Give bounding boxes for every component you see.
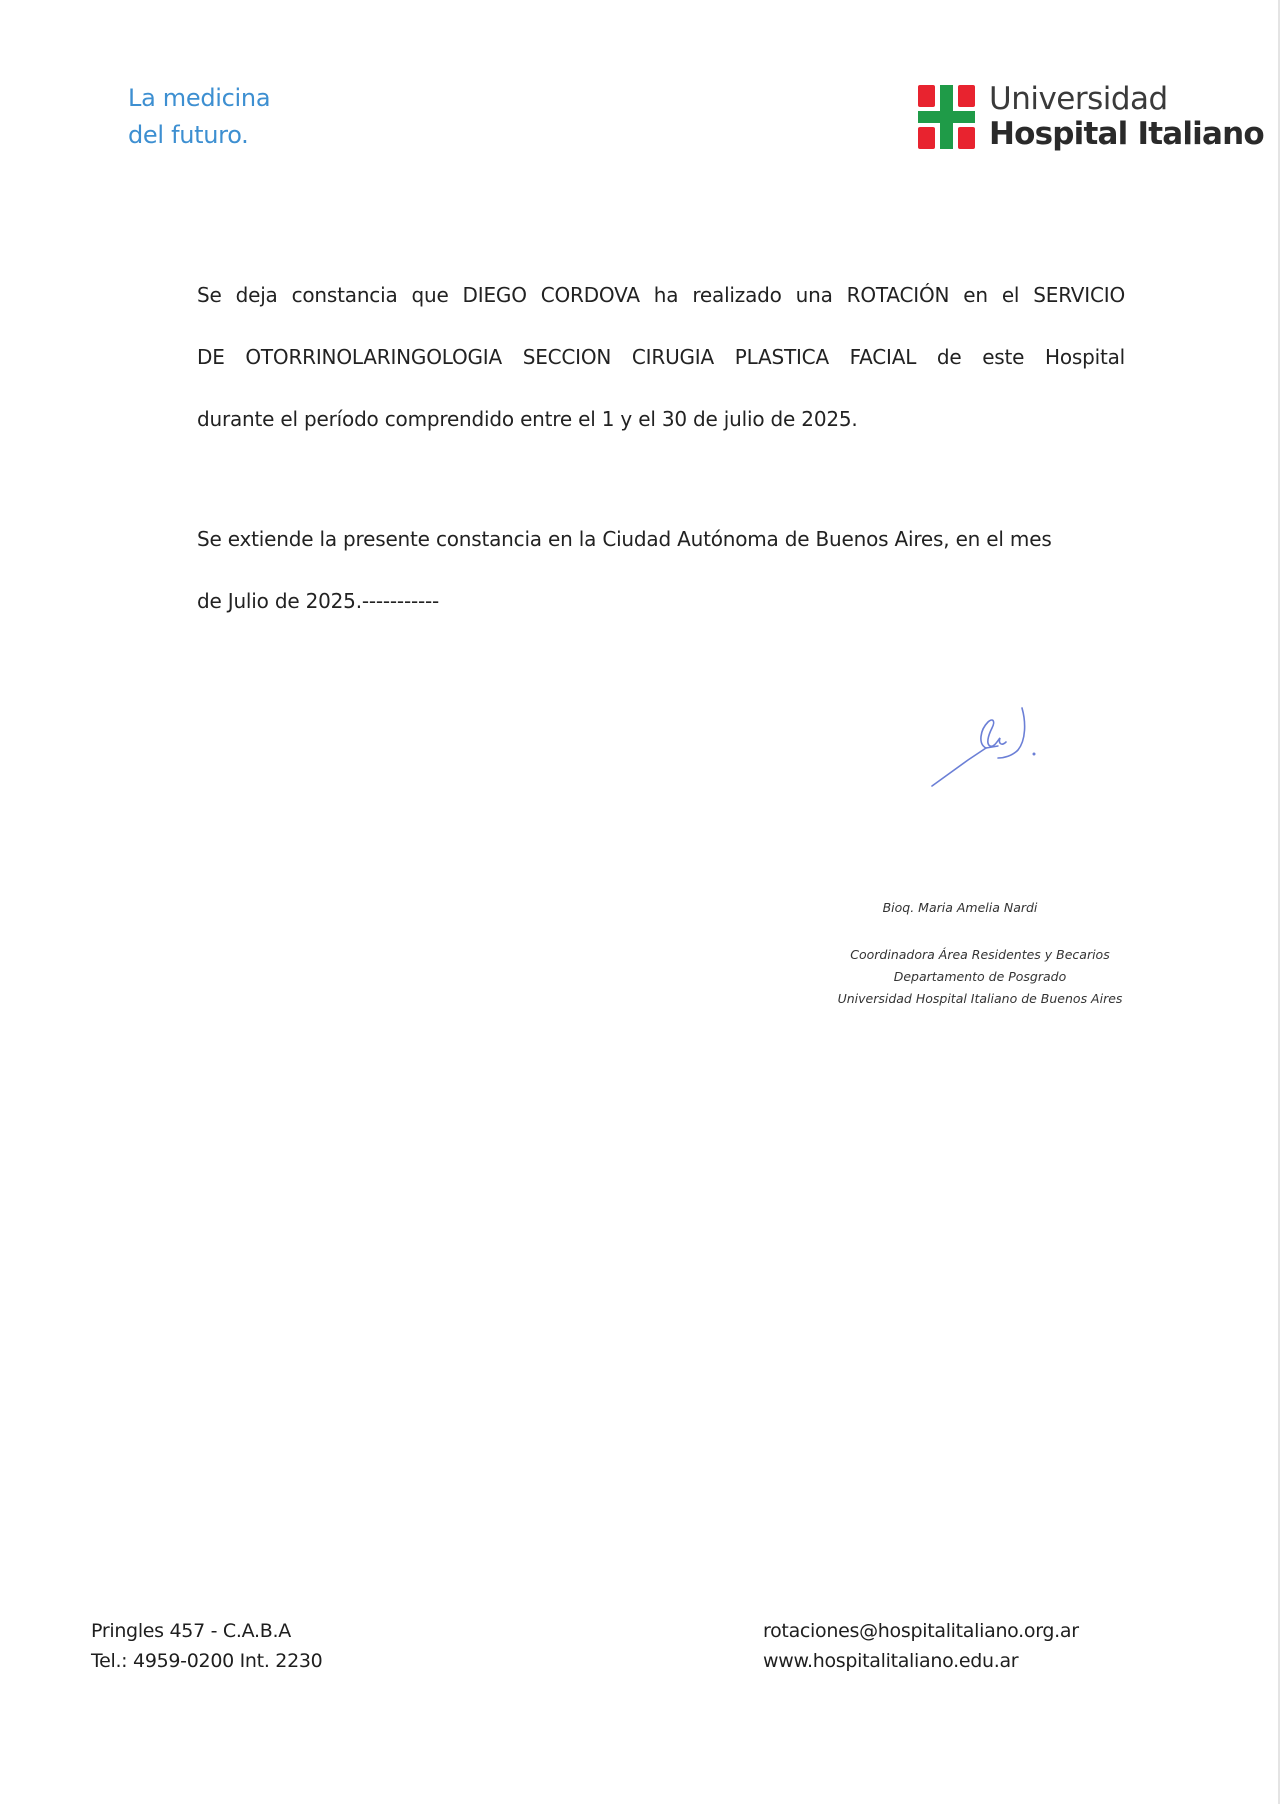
university-logo: Universidad Hospital Italiano: [918, 84, 1264, 150]
tagline-line-2: del futuro.: [128, 117, 270, 154]
tagline-line-1: La medicina: [128, 80, 270, 117]
footer-phone: Tel.: 4959-0200 Int. 2230: [91, 1646, 322, 1676]
footer-contact-address: Pringles 457 - C.A.B.A Tel.: 4959-0200 I…: [91, 1616, 322, 1676]
signer-name: Bioq. Maria Amelia Nardi: [760, 900, 1160, 915]
signer-role-line-2: Departamento de Posgrado: [780, 966, 1180, 988]
logo-line-2: Hospital Italiano: [989, 119, 1264, 150]
logo-line-1: Universidad: [989, 84, 1264, 115]
tagline: La medicina del futuro.: [128, 80, 270, 154]
signer-role-line-1: Coordinadora Área Residentes y Becarios: [780, 944, 1180, 966]
hospital-cross-icon: [918, 85, 975, 149]
certificate-paragraph-1: Se deja constancia que DIEGO CORDOVA ha …: [197, 280, 1125, 466]
paragraph-1-line-3: durante el período comprendido entre el …: [197, 404, 1125, 466]
footer-address: Pringles 457 - C.A.B.A: [91, 1616, 322, 1646]
paragraph-1-line-2: DE OTORRINOLARINGOLOGIA SECCION CIRUGIA …: [197, 342, 1125, 404]
paragraph-2-line-1: Se extiende la presente constancia en la…: [197, 524, 1125, 586]
certificate-paragraph-2: Se extiende la presente constancia en la…: [197, 524, 1125, 648]
paragraph-1-line-1: Se deja constancia que DIEGO CORDOVA ha …: [197, 280, 1125, 342]
certificate-page: La medicina del futuro. Universidad Hosp…: [0, 0, 1280, 1804]
signer-role-line-3: Universidad Hospital Italiano de Buenos …: [780, 988, 1180, 1010]
handwritten-signature: [928, 700, 1048, 792]
signer-role: Coordinadora Área Residentes y Becarios …: [780, 944, 1180, 1010]
footer-website-link[interactable]: www.hospitalitaliano.edu.ar: [763, 1646, 1079, 1676]
paragraph-2-line-2: de Julio de 2025.-----------: [197, 586, 1125, 648]
footer-email-link[interactable]: rotaciones@hospitalitaliano.org.ar: [763, 1616, 1079, 1646]
footer-contact-online: rotaciones@hospitalitaliano.org.ar www.h…: [763, 1616, 1079, 1676]
logo-wordmark: Universidad Hospital Italiano: [989, 84, 1264, 150]
